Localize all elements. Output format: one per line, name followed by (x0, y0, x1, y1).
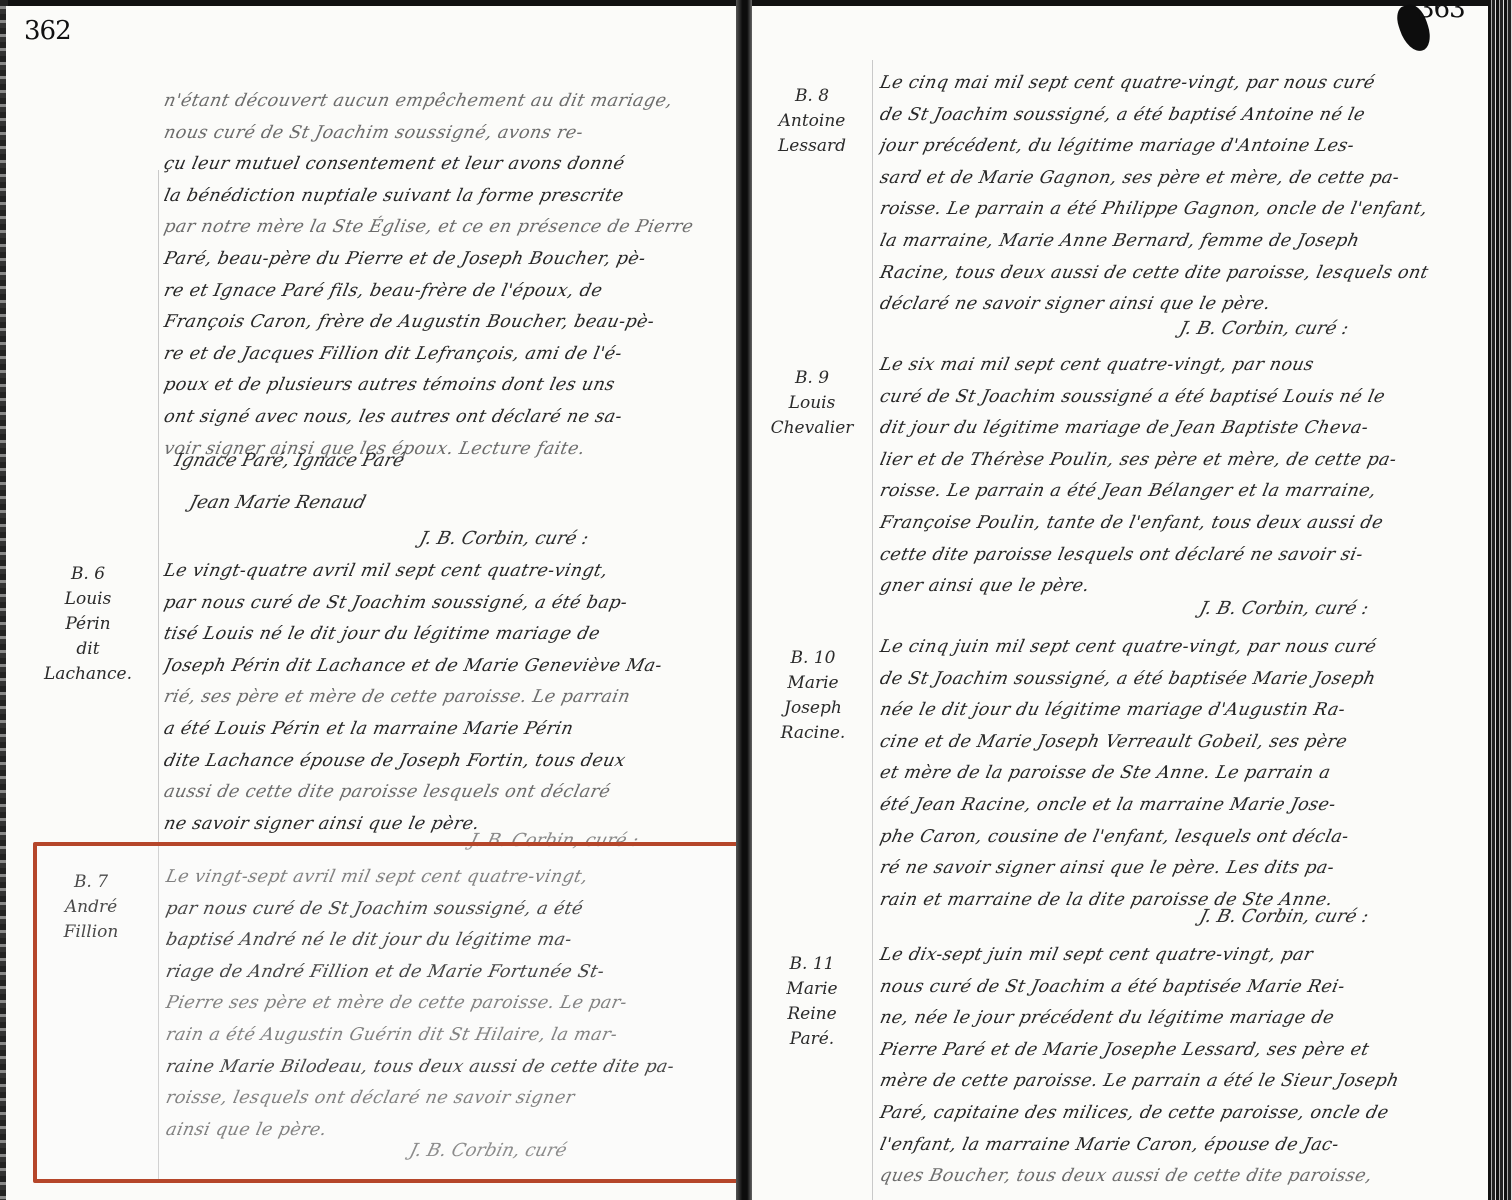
text-line: raine Marie Bilodeau, tous deux aussi de… (163, 1052, 678, 1084)
text-line: nous curé de St Joachim a été baptisée M… (877, 972, 1402, 1004)
marginal-name: Paré. (762, 1027, 862, 1052)
text-line: la marraine, Marie Anne Bernard, femme d… (877, 226, 1432, 258)
text-line: curé de St Joachim soussigné a été bapti… (877, 382, 1400, 414)
text-line: Le six mai mil sept cent quatre-vingt, p… (877, 350, 1400, 382)
baptism-entry-b11: Le dix-sept juin mil sept cent quatre-vi… (880, 940, 1399, 1193)
text-line: Racine, tous deux aussi de cette dite pa… (877, 258, 1432, 290)
text-line: dite Lachance épouse de Joseph Fortin, t… (161, 746, 665, 778)
text-line: re et de Jacques Fillion dit Lefrançois,… (161, 339, 697, 371)
witness-signature: Jean Marie Renaud (187, 492, 368, 513)
book-right-edge (1488, 0, 1512, 1200)
text-line: çu leur mutuel consentement et leur avon… (161, 149, 697, 181)
priest-signature: J. B. Corbin, curé : (1197, 598, 1370, 619)
text-line: Le cinq mai mil sept cent quatre-vingt, … (877, 68, 1432, 100)
text-line: cette dite paroisse lesquels ont déclaré… (877, 540, 1400, 572)
text-line: Le dix-sept juin mil sept cent quatre-vi… (877, 940, 1402, 972)
text-line: déclaré ne savoir signer ainsi que le pè… (877, 289, 1432, 321)
text-line: mère de cette paroisse. Le parrain a été… (877, 1066, 1402, 1098)
marginal-name: Louis (762, 391, 862, 416)
marginal-name: Marie (758, 671, 868, 696)
text-line: et mère de la paroisse de Ste Anne. Le p… (877, 758, 1380, 790)
priest-signature: J. B. Corbin, curé : (1197, 906, 1370, 927)
text-line: jour précédent, du légitime mariage d'An… (877, 131, 1432, 163)
text-line: riage de André Fillion et de Marie Fortu… (163, 957, 678, 989)
text-line: rié, ses père et mère de cette paroisse.… (161, 682, 665, 714)
text-line: Joseph Périn dit Lachance et de Marie Ge… (161, 651, 665, 683)
marginal-name: Reine (762, 1002, 862, 1027)
text-line: Pierre Paré et de Marie Josephe Lessard,… (877, 1035, 1402, 1067)
text-line: sard et de Marie Gagnon, ses père et mèr… (877, 163, 1432, 195)
text-line: ne, née le jour précédent du légitime ma… (877, 1003, 1402, 1035)
text-line: par nous curé de St Joachim soussigné, a… (161, 588, 665, 620)
entry-number: B. 9 (762, 366, 862, 391)
priest-signature: J. B. Corbin, curé : (417, 528, 590, 549)
text-line: phe Caron, cousine de l'enfant, lesquels… (877, 822, 1380, 854)
marginal-name: Joseph (758, 696, 868, 721)
text-line: roisse. Le parrain a été Jean Bélanger e… (877, 476, 1400, 508)
text-line: Le vingt-sept avril mil sept cent quatre… (163, 862, 678, 894)
baptism-entry-b9: Le six mai mil sept cent quatre-vingt, p… (880, 350, 1396, 603)
text-line: de St Joachim soussigné, a été baptisée … (877, 664, 1380, 696)
text-line: cine et de Marie Joseph Verreault Gobeil… (877, 727, 1380, 759)
baptism-entry-b8: Le cinq mai mil sept cent quatre-vingt, … (880, 68, 1428, 321)
text-line: re et Ignace Paré fils, beau-frère de l'… (161, 276, 697, 308)
book-gutter (736, 0, 752, 1200)
text-line: a été Louis Périn et la marraine Marie P… (161, 714, 665, 746)
text-line: ques Boucher, tous deux aussi de cette d… (877, 1161, 1402, 1193)
baptism-entry-b6: Le vingt-quatre avril mil sept cent quat… (164, 556, 662, 840)
text-line: l'enfant, la marraine Marie Caron, épous… (877, 1130, 1402, 1162)
text-line: roisse, lesquels ont déclaré ne savoir s… (163, 1083, 678, 1115)
text-line: nous curé de St Joachim soussigné, avons… (161, 118, 697, 150)
marginal-name: dit (28, 637, 148, 662)
text-line: Paré, beau-père du Pierre et de Joseph B… (161, 244, 697, 276)
text-line: François Caron, frère de Augustin Bouche… (161, 307, 697, 339)
marginal-name: Louis (28, 587, 148, 612)
marginal-name: Antoine (762, 109, 862, 134)
text-line: lier et de Thérèse Poulin, ses père et m… (877, 445, 1400, 477)
text-line: baptisé André né le dit jour du légitime… (163, 925, 678, 957)
entry-marginal-note: B. 9 Louis Chevalier (762, 366, 862, 441)
text-line: poux et de plusieurs autres témoins dont… (161, 370, 697, 402)
entry-marginal-note: B. 7 André Fillion (36, 870, 146, 945)
text-line: été Jean Racine, oncle et la marraine Ma… (877, 790, 1380, 822)
marginal-name: Lachance. (28, 662, 148, 687)
continuation-entry: n'étant découvert aucun empêchement au d… (164, 86, 693, 465)
text-line: tisé Louis né le dit jour du légitime ma… (161, 619, 665, 651)
text-line: née le dit jour du légitime mariage d'Au… (877, 695, 1380, 727)
marginal-name: Périn (28, 612, 148, 637)
text-line: de St Joachim soussigné, a été baptisé A… (877, 100, 1432, 132)
text-line: Le cinq juin mil sept cent quatre-vingt,… (877, 632, 1380, 664)
text-line: par nous curé de St Joachim soussigné, a… (163, 894, 678, 926)
entry-marginal-note: B. 11 Marie Reine Paré. (762, 952, 862, 1052)
entry-number: B. 10 (758, 646, 868, 671)
marginal-name: Marie (762, 977, 862, 1002)
text-line: Françoise Poulin, tante de l'enfant, tou… (877, 508, 1400, 540)
marginal-name: Chevalier (762, 416, 862, 441)
entry-number: B. 7 (36, 870, 146, 895)
baptism-entry-b7: Le vingt-sept avril mil sept cent quatre… (166, 862, 674, 1146)
marginal-name: Racine. (758, 721, 868, 746)
text-line: Paré, capitaine des milices, de cette pa… (877, 1098, 1402, 1130)
text-line: roisse. Le parrain a été Philippe Gagnon… (877, 194, 1432, 226)
left-margin-rule (158, 170, 159, 1180)
baptism-entry-b10: Le cinq juin mil sept cent quatre-vingt,… (880, 632, 1376, 916)
right-page-number: 363 (1418, 0, 1465, 24)
text-line: ré ne savoir signer ainsi que le père. L… (877, 853, 1380, 885)
left-page-number: 362 (24, 16, 71, 46)
text-line: aussi de cette dite paroisse lesquels on… (161, 777, 665, 809)
text-line: par notre mère la Ste Église, et ce en p… (161, 212, 697, 244)
witness-signature: Ignace Paré, Ignace Paré (172, 450, 406, 471)
entry-number: B. 8 (762, 84, 862, 109)
register-spread: 362 n'étant découvert aucun empêchement … (0, 0, 1512, 1200)
text-line: Pierre ses père et mère de cette paroiss… (163, 988, 678, 1020)
entry-marginal-note: B. 8 Antoine Lessard (762, 84, 862, 159)
marginal-name: Fillion (36, 920, 146, 945)
entry-marginal-note: B. 10 Marie Joseph Racine. (758, 646, 868, 746)
entry-number: B. 11 (762, 952, 862, 977)
entry-marginal-note: B. 6 Louis Périn dit Lachance. (28, 562, 148, 687)
text-line: n'étant découvert aucun empêchement au d… (161, 86, 697, 118)
priest-signature: J. B. Corbin, curé (407, 1140, 569, 1161)
text-line: rain a été Augustin Guérin dit St Hilair… (163, 1020, 678, 1052)
right-margin-rule (872, 60, 873, 1200)
priest-signature: J. B. Corbin, curé : (467, 830, 640, 851)
priest-signature: J. B. Corbin, curé : (1177, 318, 1350, 339)
entry-number: B. 6 (28, 562, 148, 587)
text-line: ont signé avec nous, les autres ont décl… (161, 402, 697, 434)
text-line: Le vingt-quatre avril mil sept cent quat… (161, 556, 665, 588)
marginal-name: André (36, 895, 146, 920)
text-line: la bénédiction nuptiale suivant la forme… (161, 181, 697, 213)
marginal-name: Lessard (762, 134, 862, 159)
text-line: dit jour du légitime mariage de Jean Bap… (877, 413, 1400, 445)
